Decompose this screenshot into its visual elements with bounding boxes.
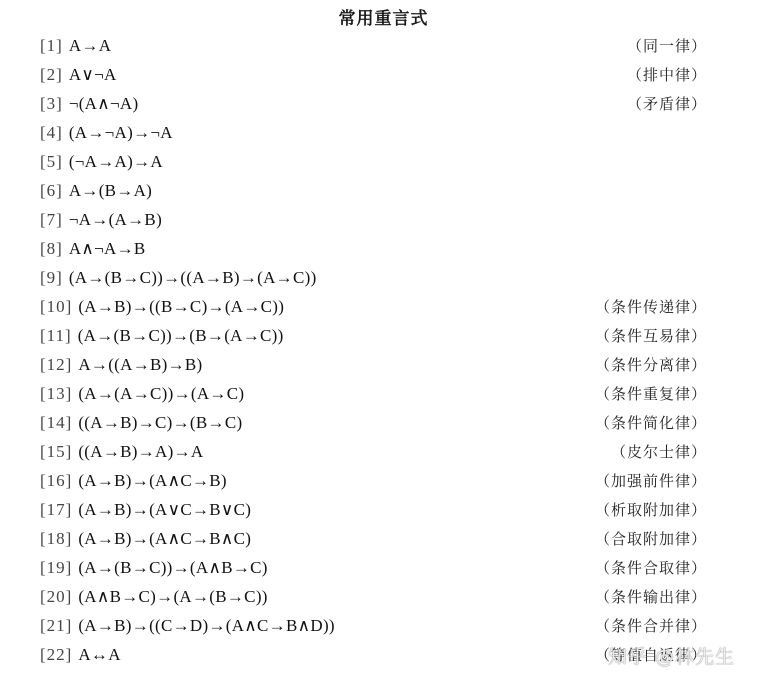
- formula: A→(B→A): [69, 181, 152, 201]
- item-number: [4]: [40, 123, 63, 143]
- list-item: [15]((A→B)→A)→A（皮尔士律）: [40, 437, 707, 466]
- formula: ¬A→(A→B): [69, 210, 162, 230]
- formula: (A→(B→C))→(A∧B→C): [78, 558, 267, 578]
- list-item: [21](A→B)→((C→D)→(A∧C→B∧D))（条件合并律）: [40, 611, 707, 640]
- law-name: （条件输出律）: [595, 586, 707, 607]
- tautology-list: [1]A→A（同一律） [2]A∨¬A（排中律） [3]¬(A∧¬A)（矛盾律）…: [40, 31, 707, 669]
- law-name: （矛盾律）: [627, 93, 707, 114]
- law-name: （析取附加律）: [595, 499, 707, 520]
- item-number: [15]: [40, 442, 72, 462]
- item-number: [7]: [40, 210, 63, 230]
- formula: (¬A→A)→A: [69, 152, 163, 172]
- formula: ((A→B)→A)→A: [78, 442, 203, 462]
- law-name: （加强前件律）: [595, 470, 707, 491]
- formula: (A→B)→((C→D)→(A∧C→B∧D)): [78, 616, 335, 636]
- item-number: [16]: [40, 471, 72, 491]
- list-item: [22]A↔A（等值自返律）: [40, 640, 707, 669]
- list-item: [3]¬(A∧¬A)（矛盾律）: [40, 89, 707, 118]
- formula: (A→(A→C))→(A→C): [78, 384, 244, 404]
- watermark: 知乎 @林先生: [608, 642, 735, 669]
- item-number: [21]: [40, 616, 72, 636]
- law-name: （排中律）: [627, 64, 707, 85]
- list-item: [19](A→(B→C))→(A∧B→C)（条件合取律）: [40, 553, 707, 582]
- item-number: [2]: [40, 65, 63, 85]
- formula: A∨¬A: [69, 65, 117, 85]
- item-number: [19]: [40, 558, 72, 578]
- list-item: [10](A→B)→((B→C)→(A→C))（条件传递律）: [40, 292, 707, 321]
- page-title: 常用重言式: [0, 4, 767, 29]
- item-number: [20]: [40, 587, 72, 607]
- item-number: [3]: [40, 94, 63, 114]
- list-item: [18](A→B)→(A∧C→B∧C)（合取附加律）: [40, 524, 707, 553]
- formula: (A→(B→C))→(B→(A→C)): [78, 326, 284, 346]
- list-item: [17](A→B)→(A∨C→B∨C)（析取附加律）: [40, 495, 707, 524]
- item-number: [8]: [40, 239, 63, 259]
- formula: (A→B)→((B→C)→(A→C)): [78, 297, 284, 317]
- item-number: [11]: [40, 326, 72, 346]
- item-number: [13]: [40, 384, 72, 404]
- list-item: [8]A∧¬A→B: [40, 234, 707, 263]
- item-number: [5]: [40, 152, 63, 172]
- item-number: [18]: [40, 529, 72, 549]
- law-name: （合取附加律）: [595, 528, 707, 549]
- law-name: （条件重复律）: [595, 383, 707, 404]
- list-item: [11](A→(B→C))→(B→(A→C))（条件互易律）: [40, 321, 707, 350]
- formula: (A→B)→(A∨C→B∨C): [78, 500, 251, 520]
- law-name: （同一律）: [627, 35, 707, 56]
- item-number: [14]: [40, 413, 72, 433]
- law-name: （条件传递律）: [595, 296, 707, 317]
- formula: A↔A: [78, 645, 120, 665]
- list-item: [6]A→(B→A): [40, 176, 707, 205]
- list-item: [2]A∨¬A（排中律）: [40, 60, 707, 89]
- list-item: [14]((A→B)→C)→(B→C)（条件简化律）: [40, 408, 707, 437]
- law-name: （条件分离律）: [595, 354, 707, 375]
- formula: ((A→B)→C)→(B→C): [78, 413, 242, 433]
- list-item: [7]¬A→(A→B): [40, 205, 707, 234]
- item-number: [6]: [40, 181, 63, 201]
- list-item: [12]A→((A→B)→B)（条件分离律）: [40, 350, 707, 379]
- item-number: [1]: [40, 36, 63, 56]
- formula: (A→(B→C))→((A→B)→(A→C)): [69, 268, 317, 288]
- item-number: [17]: [40, 500, 72, 520]
- list-item: [16](A→B)→(A∧C→B)（加强前件律）: [40, 466, 707, 495]
- list-item: [1]A→A（同一律）: [40, 31, 707, 60]
- law-name: （条件简化律）: [595, 412, 707, 433]
- list-item: [4](A→¬A)→¬A: [40, 118, 707, 147]
- formula: A∧¬A→B: [69, 239, 146, 259]
- formula: A→((A→B)→B): [78, 355, 202, 375]
- item-number: [22]: [40, 645, 72, 665]
- formula: (A∧B→C)→(A→(B→C)): [78, 587, 267, 607]
- law-name: （皮尔士律）: [611, 441, 707, 462]
- item-number: [12]: [40, 355, 72, 375]
- item-number: [10]: [40, 297, 72, 317]
- formula: ¬(A∧¬A): [69, 94, 139, 114]
- formula: (A→¬A)→¬A: [69, 123, 173, 143]
- list-item: [13](A→(A→C))→(A→C)（条件重复律）: [40, 379, 707, 408]
- list-item: [20](A∧B→C)→(A→(B→C))（条件输出律）: [40, 582, 707, 611]
- law-name: （条件合并律）: [595, 615, 707, 636]
- law-name: （条件合取律）: [595, 557, 707, 578]
- item-number: [9]: [40, 268, 63, 288]
- formula: A→A: [69, 36, 111, 56]
- formula: (A→B)→(A∧C→B∧C): [78, 529, 251, 549]
- list-item: [9](A→(B→C))→((A→B)→(A→C)): [40, 263, 707, 292]
- law-name: （条件互易律）: [595, 325, 707, 346]
- list-item: [5](¬A→A)→A: [40, 147, 707, 176]
- formula: (A→B)→(A∧C→B): [78, 471, 227, 491]
